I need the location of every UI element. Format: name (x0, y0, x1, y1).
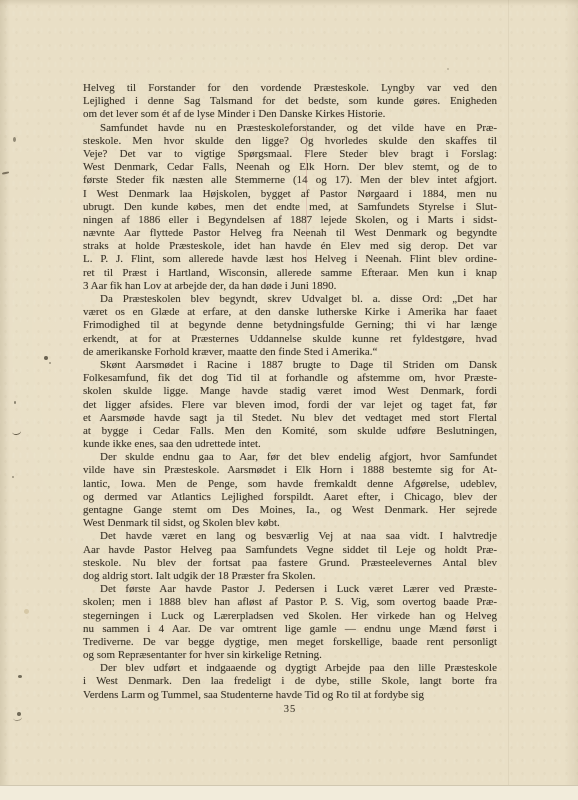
text-line: det ligger afsides. Flere var bleven imo… (83, 399, 497, 412)
text-line: Aar havde Pastor Helveg paa Samfundets V… (83, 544, 497, 557)
text-line: nævnte Aar flyttede Pastor Helveg fra Ne… (83, 227, 497, 240)
scan-fiber-line (306, 118, 307, 262)
text-line: Lejlighed i denne Sag Talsmand for det b… (83, 95, 497, 108)
ink-speck (14, 401, 16, 404)
text-line: 3 Aar fik han Lov at arbejde der, da han… (83, 280, 497, 293)
ink-speck (13, 137, 16, 142)
paper-nick-mark (12, 427, 22, 435)
paragraph: Da Præsteskolen blev begyndt, skrev Udva… (83, 293, 497, 359)
text-line: West Denmark, Cedar Falls, Neenah og Elk… (83, 161, 497, 174)
page-number: 35 (83, 704, 497, 715)
text-line: været os en Glæde at erfare, at den dans… (83, 306, 497, 319)
text-line: Det havde været en lang og besværlig Vej… (83, 530, 497, 543)
text-line: Da Præsteskolen blev begyndt, skrev Udva… (83, 293, 497, 306)
scan-bottom-edge (0, 785, 578, 800)
text-line: I West Denmark laa Højskolen, bygget af … (83, 188, 497, 201)
paragraph: Der blev udført et indgaaende og dygtigt… (83, 662, 497, 702)
text-line: Trediverne. De var begge dygtige, men me… (83, 636, 497, 649)
paper-nick-mark (13, 713, 23, 721)
text-line: første Steder fik næsten alle Stemmerne … (83, 174, 497, 187)
paragraph: Der skulde endnu gaa to Aar, før det ble… (83, 451, 497, 530)
text-line: i West Denmark. Den laa fredeligt i de d… (83, 675, 497, 688)
text-line: ningen af 1886 eller i Begyndelsen af 18… (83, 214, 497, 227)
text-line: Folkesamfund, fik det dog Tid til at for… (83, 372, 497, 385)
text-line: Der skulde endnu gaa to Aar, før det ble… (83, 451, 497, 464)
pencil-dash-mark (2, 171, 9, 174)
text-line: gentagne Gange stemt om Des Moines, Ia.,… (83, 504, 497, 517)
text-line: Det første Aar havde Pastor J. Pedersen … (83, 583, 497, 596)
scanned-book-page: Helveg til Forstander for den vordende P… (0, 0, 578, 800)
text-line: et Aarsmøde havde sagt ja til Stedet. Nu… (83, 412, 497, 425)
text-line: og som Repræsentanter for hver sin kirke… (83, 649, 497, 662)
text-line: steskole. Nu blev der fortsat paa faster… (83, 557, 497, 570)
text-line: Samfundet havde nu en Præsteskoleforstan… (83, 122, 497, 135)
text-line: at bygge i Cedar Falls. Men den Komité, … (83, 425, 497, 438)
text-line: vilde have sin Præsteskole. Aarsmødet i … (83, 464, 497, 477)
text-line: nu sammen i 4 Aar. De var omtrent lige g… (83, 623, 497, 636)
text-line: de amerikanske Forhold kræver, maatte de… (83, 346, 497, 359)
ink-speck (18, 675, 22, 678)
paper-stain (24, 609, 29, 614)
paper-crease-line (508, 0, 509, 786)
text-line: Verdens Larm og Tummel, saa Studenterne … (83, 689, 497, 702)
text-line: dog aldrig stort. Ialt udgik der 18 Præs… (83, 570, 497, 583)
text-line: Der blev udført et indgaaende og dygtigt… (83, 662, 497, 675)
ink-speck (44, 356, 48, 360)
ink-speck (447, 68, 449, 70)
paragraph: Skønt Aarsmødet i Racine i 1887 brugte t… (83, 359, 497, 451)
ink-speck (49, 362, 51, 364)
paragraph: Det havde været en lang og besværlig Vej… (83, 530, 497, 583)
text-line: om det lever som ét af de lyse Minder i … (83, 108, 497, 121)
text-line: erkendt, at for at Præsternes Uddannelse… (83, 333, 497, 346)
text-line: lantic, Iowa. Men de Penge, som havde fr… (83, 478, 497, 491)
text-line: West Denmark til sidst, og Skolen blev k… (83, 517, 497, 530)
text-line: ret til Præst i Hartland, Wisconsin, all… (83, 267, 497, 280)
text-line: steskole. Men hvor skulde den ligge? Og … (83, 135, 497, 148)
text-line: L. P. J. Flint, som allerede havde læst … (83, 253, 497, 266)
text-line: straks at holde Præsteskole, idet han ha… (83, 240, 497, 253)
text-line: stegerningen i Luck og Lærerpladsen ved … (83, 610, 497, 623)
text-line: Helveg til Forstander for den vordende P… (83, 82, 497, 95)
text-line: og dermed var Atlantics Lejlighed forspi… (83, 491, 497, 504)
paragraph: Det første Aar havde Pastor J. Pedersen … (83, 583, 497, 662)
text-line: Skønt Aarsmødet i Racine i 1887 brugte t… (83, 359, 497, 372)
text-line: ubrugt. Den kunde købes, men det endte m… (83, 201, 497, 214)
text-line: skolen skulde ligge. Mange havde stadig … (83, 385, 497, 398)
paragraph: Helveg til Forstander for den vordende P… (83, 82, 497, 122)
ink-speck (12, 476, 14, 478)
text-line: Veje? Det var to vigtige Spørgsmaal. Fle… (83, 148, 497, 161)
paragraph: Samfundet havde nu en Præsteskoleforstan… (83, 122, 497, 293)
text-block: Helveg til Forstander for den vordende P… (83, 82, 497, 702)
text-line: kunde ikke enes, saa den udrettede intet… (83, 438, 497, 451)
text-line: skolen; men i 1888 blev han afløst af Pa… (83, 596, 497, 609)
text-line: Frimodighed til at begynde denne betydni… (83, 319, 497, 332)
